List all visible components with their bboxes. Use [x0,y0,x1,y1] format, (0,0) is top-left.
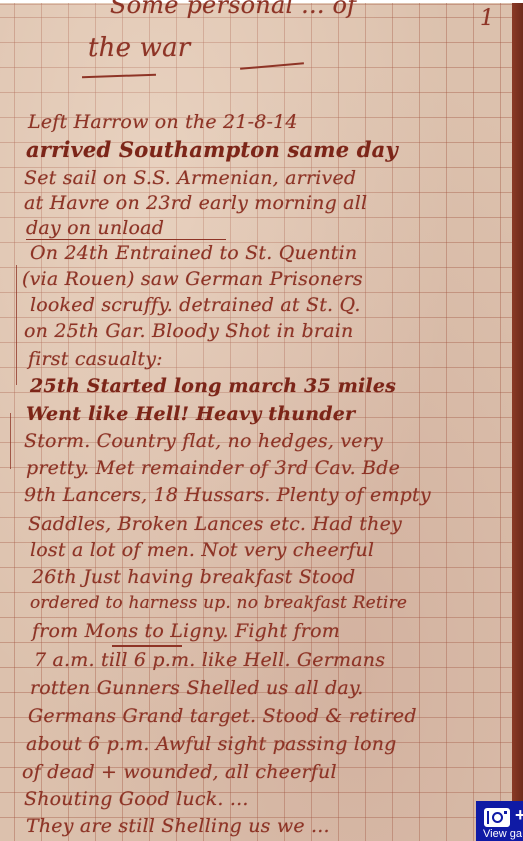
diary-line: They are still Shelling us we ... [26,815,330,837]
diary-line: on 25th Gar. Bloody Shot in brain [24,320,353,342]
diary-line: about 6 p.m. Awful sight passing long [26,733,397,755]
margin-bracket [10,413,11,469]
diary-line: Shouting Good luck. ... [24,788,249,810]
diary-line: 26th Just having breakfast Stood [32,566,355,588]
plus-icon: + [515,805,523,826]
page-mark: 1 [480,6,494,31]
view-gallery-label: View ga [483,828,522,840]
heading-underline-2 [240,62,304,70]
view-gallery-button[interactable]: + View ga [476,801,523,841]
margin-bracket [16,265,17,385]
diary-line: 25th Started long march 35 miles [30,375,396,397]
heading-title: the war [88,33,190,63]
line-underline [26,239,226,240]
heading-fragment: Some personal ... of [110,0,356,19]
diary-line: at Havre on 23rd early morning all [24,192,367,214]
diary-line: 9th Lancers, 18 Hussars. Plenty of empty [24,484,431,506]
mons-underline [112,645,182,647]
notebook-edge [512,3,523,841]
diary-line: Left Harrow on the 21-8-14 [28,111,298,133]
diary-page: Some personal ... of 1 the war Left Harr… [0,3,512,841]
diary-line: Set sail on S.S. Armenian, arrived [24,167,356,189]
diary-line: Germans Grand target. Stood & retired [28,705,417,727]
diary-line: pretty. Met remainder of 3rd Cav. Bde [26,457,400,479]
diary-line: day on unload [26,217,164,239]
camera-icon [484,808,510,827]
diary-line: Storm. Country flat, no hedges, very [24,430,383,452]
diary-line: Went like Hell! Heavy thunder [26,403,355,425]
diary-line: (via Rouen) saw German Prisoners [22,268,363,290]
diary-line: ordered to harness up. no breakfast Reti… [30,593,407,613]
diary-line: lost a lot of men. Not very cheerful [30,539,374,561]
diary-line: On 24th Entrained to St. Quentin [30,242,357,264]
diary-line: arrived Southampton same day [26,137,398,162]
diary-line: from Mons to Ligny. Fight from [32,620,340,642]
diary-line: Saddles, Broken Lances etc. Had they [28,513,402,535]
diary-line: first casualty: [28,348,163,370]
diary-line: 7 a.m. till 6 p.m. like Hell. Germans [34,649,385,671]
diary-line: of dead + wounded, all cheerful [22,761,337,783]
diary-line: looked scruffy. detrained at St. Q. [30,294,361,316]
heading-underline [82,74,156,79]
diary-line: rotten Gunners Shelled us all day. [30,677,364,699]
